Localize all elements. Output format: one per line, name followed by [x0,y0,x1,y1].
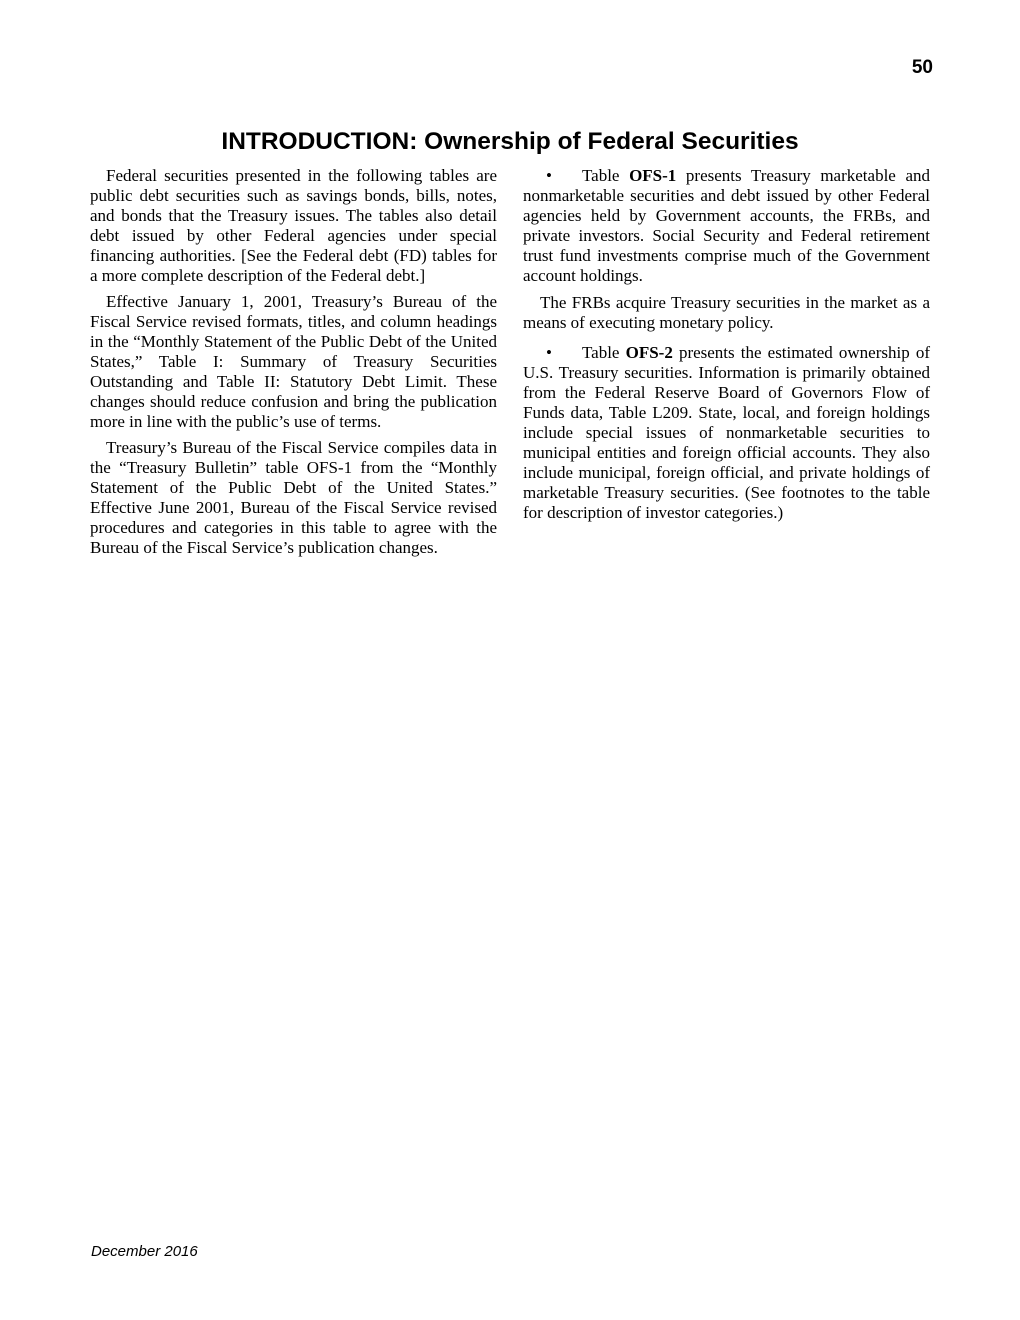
paragraph-federal-securities: Federal securities presented in the foll… [90,166,497,286]
table-ref-ofs-1: OFS-1 [629,166,676,185]
right-column: •Table OFS-1 presents Treasury marketabl… [523,166,930,558]
document-page: 50 INTRODUCTION: Ownership of Federal Se… [0,0,1020,1320]
paragraph-frbs: The FRBs acquire Treasury securities in … [523,293,930,333]
bullet-spacer [552,180,582,181]
table-ref-ofs-2: OFS-2 [626,343,673,362]
bullet-text-pre: Table [582,343,626,362]
bullet-spacer [552,357,582,358]
bullet-text-pre: Table [582,166,629,185]
bullet-item-ofs-1: •Table OFS-1 presents Treasury marketabl… [523,166,930,286]
left-column: Federal securities presented in the foll… [90,166,497,558]
paragraph-effective-january: Effective January 1, 2001, Treasury’s Bu… [90,292,497,432]
page-number: 50 [912,58,933,78]
bullet-icon: • [546,166,552,185]
footer-date: December 2016 [91,1243,198,1261]
bullet-item-ofs-2: •Table OFS-2 presents the estimated owne… [523,343,930,523]
page-title: INTRODUCTION: Ownership of Federal Secur… [0,127,1020,157]
bullet-text-post: presents the estimated ownership of U.S.… [523,343,930,522]
bullet-icon: • [546,343,552,362]
paragraph-treasury-bulletin: Treasury’s Bureau of the Fiscal Service … [90,438,497,558]
two-column-layout: Federal securities presented in the foll… [90,166,930,558]
